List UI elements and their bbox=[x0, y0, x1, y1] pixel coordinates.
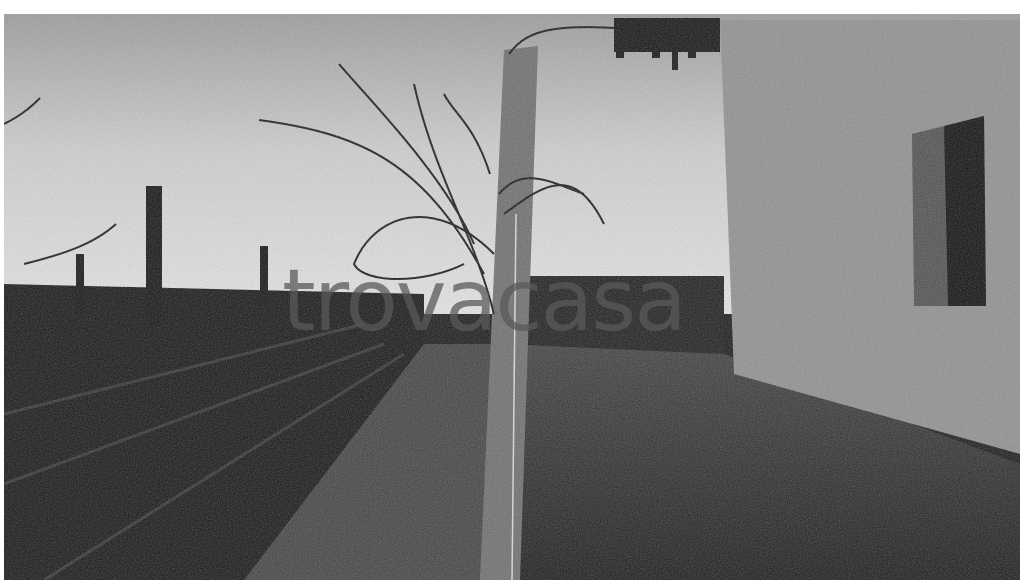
property-photo: trovacasa bbox=[4, 14, 1020, 580]
